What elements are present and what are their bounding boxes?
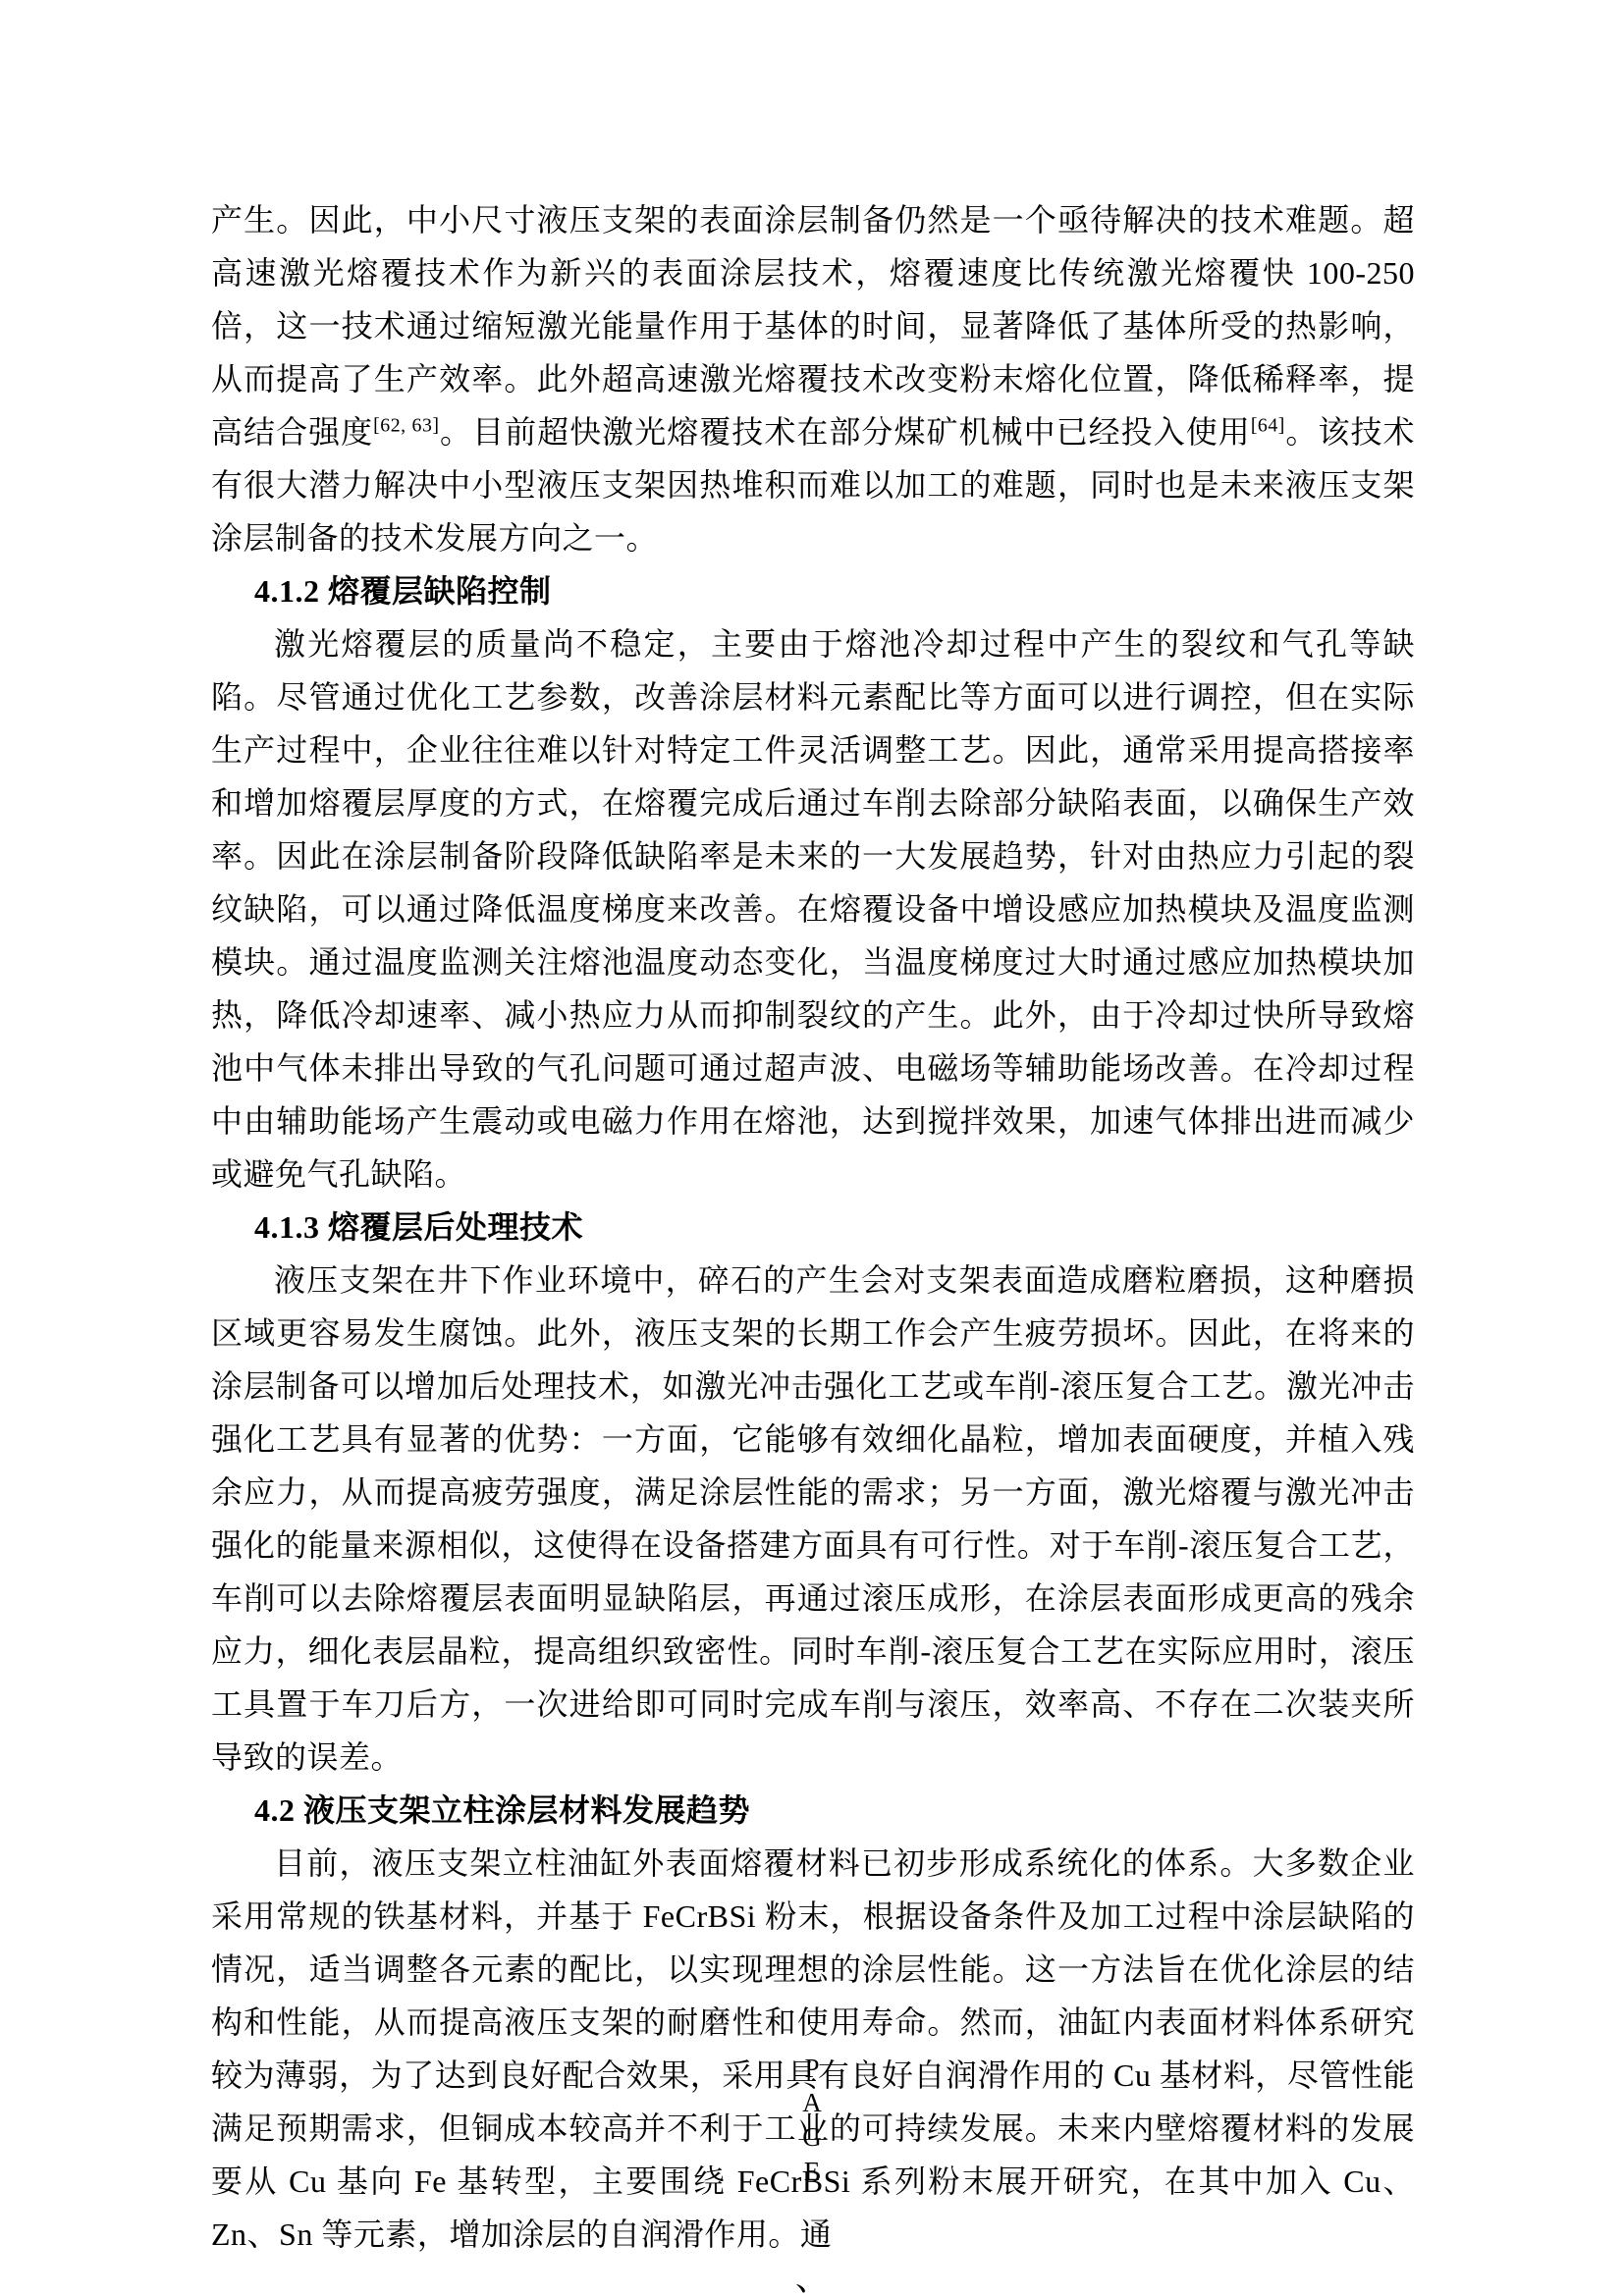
text-run: 激光熔覆层的质量尚不稳定，主要由于熔池冷却过程中产生的裂纹和气孔等缺陷。尽管通过…: [211, 626, 1415, 1192]
text-run: 。目前超快激光熔覆技术在部分煤矿机械中已经投入使用: [439, 414, 1250, 450]
section-heading: 4.1.3 熔覆层后处理技术: [211, 1201, 1415, 1254]
body-paragraph: 产生。因此，中小尺寸液压支架的表面涂层制备仍然是一个亟待解决的技术难题。超高速激…: [211, 193, 1415, 564]
body-paragraph: 液压支架在井下作业环境中，碎石的产生会对支架表面造成磨粒磨损，这种磨损区域更容易…: [211, 1254, 1415, 1784]
text-run: 产生。因此，中小尺寸液压支架的表面涂层制备仍然是一个亟待解决的技术难题。超高速激…: [211, 202, 1415, 450]
body-paragraph: 目前，液压支架立柱油缸外表面熔覆材料已初步形成系统化的体系。大多数企业采用常规的…: [211, 1837, 1415, 2261]
document-body: 产生。因此，中小尺寸液压支架的表面涂层制备仍然是一个亟待解决的技术难题。超高速激…: [211, 193, 1415, 2261]
bottom-partial-glyph: 、: [795, 2264, 829, 2296]
document-page: 产生。因此，中小尺寸液压支架的表面涂层制备仍然是一个亟待解决的技术难题。超高速激…: [0, 0, 1624, 2296]
text-run: 目前，液压支架立柱油缸外表面熔覆材料已初步形成系统化的体系。大多数企业采用常规的…: [211, 1845, 1415, 2252]
citation-reference: [62, 63]: [373, 414, 439, 436]
section-heading: 4.1.2 熔覆层缺陷控制: [211, 564, 1415, 617]
citation-reference: [64]: [1251, 414, 1285, 436]
body-paragraph: 激光熔覆层的质量尚不稳定，主要由于熔池冷却过程中产生的裂纹和气孔等缺陷。尽管通过…: [211, 617, 1415, 1201]
page-field-letter: E: [0, 2155, 1624, 2189]
page-field-letter: G: [0, 2120, 1624, 2155]
page-field-letter: A: [0, 2086, 1624, 2120]
page-number-field: PAGE: [0, 2052, 1624, 2189]
text-run: 液压支架在井下作业环境中，碎石的产生会对支架表面造成磨粒磨损，这种磨损区域更容易…: [211, 1262, 1415, 1775]
section-heading: 4.2 液压支架立柱涂层材料发展趋势: [211, 1784, 1415, 1837]
page-field-letter: P: [0, 2052, 1624, 2086]
